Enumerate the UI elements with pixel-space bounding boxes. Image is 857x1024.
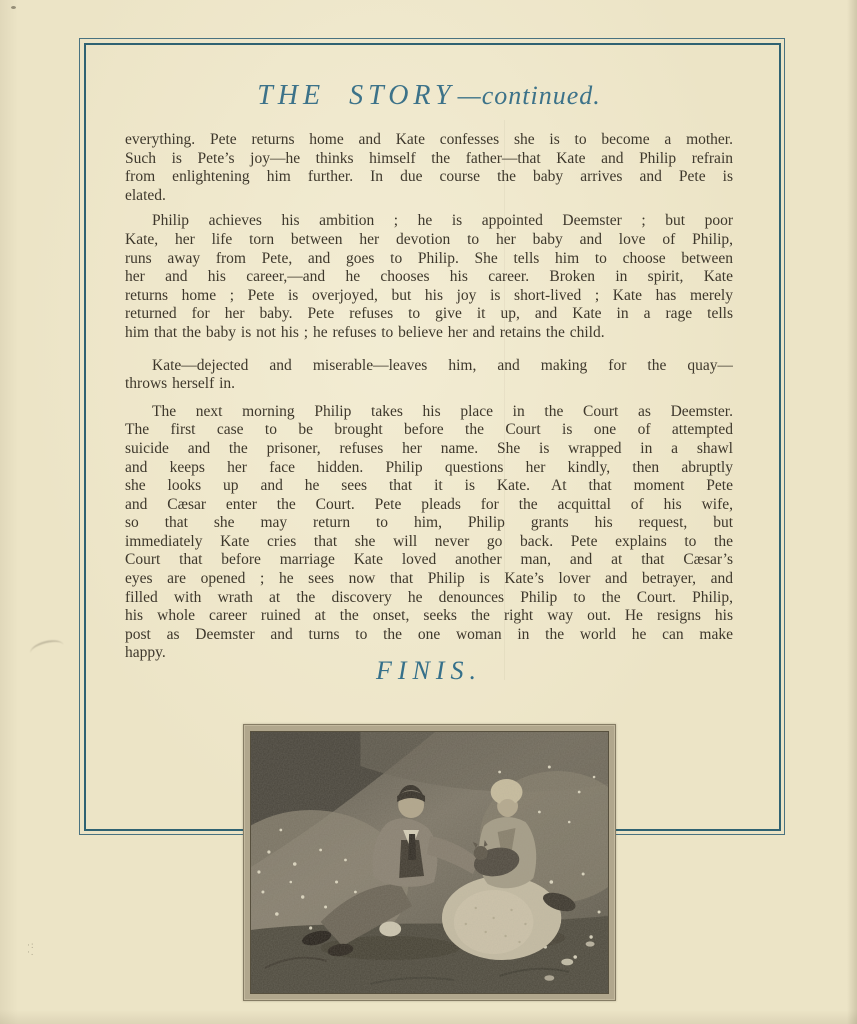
story-line: filled with wrath at the discovery he de… (125, 589, 733, 608)
story-line: her and his career,—and he chooses his c… (125, 268, 733, 287)
story-line: post as Deemster and turns to the one wo… (125, 626, 733, 645)
story-photo-frame (243, 724, 616, 1001)
story-line: elated. (125, 187, 733, 206)
hillside-photo-illustration (251, 732, 608, 993)
story-line: from enlightening him further. In due co… (125, 168, 733, 187)
story-line: throws herself in. (125, 375, 733, 394)
story-paragraph: Philip achieves his ambition ; he is app… (125, 212, 733, 342)
story-line: Such is Pete’s joy—he thinks himself the… (125, 150, 733, 169)
story-line: Philip achieves his ambition ; he is app… (125, 212, 733, 231)
page-title-continued: —continued. (458, 81, 601, 110)
story-line: him that the baby is not his ; he refuse… (125, 324, 733, 343)
story-text: everything. Pete returns home and Kate c… (125, 131, 733, 663)
story-line: his whole career ruined at the onset, se… (125, 607, 733, 626)
story-line: Court that before marriage Kate loved an… (125, 551, 733, 570)
story-line: returned for her baby. Pete refuses to g… (125, 305, 733, 324)
story-paragraph: Kate—dejected and miserable—leaves him, … (125, 357, 733, 394)
story-line: returns home ; Pete is overjoyed, but hi… (125, 287, 733, 306)
pencil-marks: ·:·. (27, 942, 47, 964)
story-line: eyes are opened ; he sees now that Phili… (125, 570, 733, 589)
story-line: she looks up and he sees that it is Kate… (125, 477, 733, 496)
story-line: everything. Pete returns home and Kate c… (125, 131, 733, 150)
story-line: The first case to be brought before the … (125, 421, 733, 440)
finis-text: FINIS. (125, 656, 733, 686)
page-title: THE STORY—continued. (125, 80, 733, 112)
story-line: suicide and the prisoner, refuses her na… (125, 440, 733, 459)
story-line: immediately Kate cries that she will nev… (125, 533, 733, 552)
scan-speck (11, 6, 16, 9)
story-line: runs away from Pete, and goes to Philip.… (125, 250, 733, 269)
story-line: so that she may return to him, Philip gr… (125, 514, 733, 533)
story-line: Kate—dejected and miserable—leaves him, … (125, 357, 733, 376)
story-paragraph: everything. Pete returns home and Kate c… (125, 131, 733, 205)
story-line: The next morning Philip takes his place … (125, 403, 733, 422)
story-paragraph: The next morning Philip takes his place … (125, 403, 733, 663)
story-line: and keeps her face hidden. Philip questi… (125, 459, 733, 478)
page-title-caps: THE STORY (257, 80, 455, 111)
story-line: Kate, her life torn between her devotion… (125, 231, 733, 250)
story-line: and Cæsar enter the Court. Pete pleads f… (125, 496, 733, 515)
story-photo (250, 731, 609, 994)
